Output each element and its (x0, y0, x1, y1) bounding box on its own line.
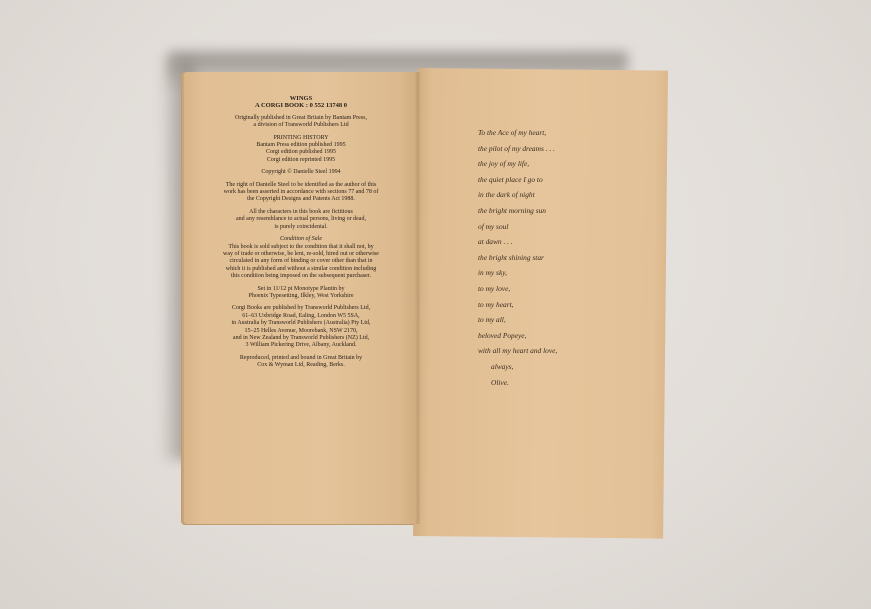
printing-history: PRINTING HISTORY Bantam Press edition pu… (198, 135, 404, 165)
text-line: and any resemblance to actual persons, l… (236, 216, 366, 222)
text-line: circulated in any form of binding or cov… (229, 258, 372, 264)
dedication-line: the bright morning sun (478, 203, 628, 219)
text-line: and in New Zealand by Transworld Publish… (233, 335, 369, 341)
text-line: work has been asserted in accordance wit… (224, 189, 379, 195)
text-line: this condition being imposed on the subs… (231, 273, 371, 279)
printer: Reproduced, printed and bound in Great B… (198, 355, 404, 370)
text-line: 61–63 Uxbridge Road, Ealing, London W5 5… (242, 313, 359, 319)
moral-rights: The right of Danielle Steel to be identi… (198, 182, 404, 204)
dedication-line: the bright shining star (478, 250, 628, 266)
dedication-line: to my all, (478, 312, 628, 328)
isbn-line: A CORGI BOOK : 0 552 13748 0 (198, 102, 404, 109)
text-line: Originally published in Great Britain by… (235, 115, 367, 121)
text-line: Corgi edition published 1995 (266, 149, 336, 155)
text-line: the Copyright Designs and Patents Act 19… (247, 196, 355, 202)
copyright-text-block: WINGS A CORGI BOOK : 0 552 13748 0 Origi… (198, 95, 404, 375)
fiction-notice: All the characters in this book are fict… (198, 209, 404, 231)
dedication-line: To the Ace of my heart, (478, 125, 628, 141)
dedication-line: to my heart, (478, 297, 628, 313)
text-line: is purely coincidental. (274, 224, 327, 230)
dedication-line: of my soul (478, 219, 628, 235)
dedication-closing: always, (478, 359, 628, 375)
text-line: Reproduced, printed and bound in Great B… (240, 355, 362, 361)
dedication-signature: Olive. (478, 375, 628, 391)
text-line: This book is sold subject to the conditi… (228, 244, 373, 250)
text-line: Corgi edition reprinted 1995 (267, 157, 335, 163)
dedication-line: the pilot of my dreams . . . (478, 141, 628, 157)
dedication-line: with all my heart and love, (478, 343, 628, 359)
text-line: which it is published and without a simi… (226, 266, 376, 272)
text-line: a division of Transworld Publishers Ltd (253, 122, 348, 128)
text-line: Cox & Wyman Ltd, Reading, Berks. (257, 362, 345, 368)
text-line: 15–25 Helles Avenue, Moorebank, NSW 2170… (244, 328, 357, 334)
condition-of-sale: This book is sold subject to the conditi… (198, 244, 404, 281)
dedication-line: at dawn . . . (478, 234, 628, 250)
open-book: WINGS A CORGI BOOK : 0 552 13748 0 Origi… (0, 0, 871, 609)
book-title: WINGS (198, 95, 404, 102)
dedication-text-block: To the Ace of my heart, the pilot of my … (478, 125, 628, 390)
dedication-line: the joy of my life, (478, 156, 628, 172)
text-line: 3 William Pickering Drive, Albany, Auckl… (246, 342, 357, 348)
text-line: way of trade or otherwise, be lent, re-s… (223, 251, 379, 257)
printing-history-heading: PRINTING HISTORY (273, 135, 328, 141)
dedication-line: in my sky, (478, 265, 628, 281)
condition-of-sale-heading: Condition of Sale (198, 236, 404, 243)
dedication-line: in the dark of night (478, 187, 628, 203)
book-gutter (415, 72, 421, 524)
dedication-line: to my love, (478, 281, 628, 297)
text-line: Set in 11/12 pt Monotype Plantin by (257, 286, 344, 292)
text-line: in Australia by Transworld Publishers (A… (232, 320, 371, 326)
copyright-notice: Copyright © Danielle Steel 1994 (198, 169, 404, 176)
text-line: Bantam Press edition published 1995 (256, 142, 345, 148)
text-line: The right of Danielle Steel to be identi… (226, 182, 377, 188)
text-line: Phoenix Typesetting, Ilkley, West Yorksh… (249, 293, 354, 299)
dedication-line: the quiet place I go to (478, 172, 628, 188)
original-publication: Originally published in Great Britain by… (198, 115, 404, 130)
publishers: Corgi Books are published by Transworld … (198, 305, 404, 349)
dedication-line: beloved Popeye, (478, 328, 628, 344)
typesetting: Set in 11/12 pt Monotype Plantin by Phoe… (198, 286, 404, 301)
text-line: Corgi Books are published by Transworld … (232, 305, 370, 311)
text-line: All the characters in this book are fict… (249, 209, 353, 215)
